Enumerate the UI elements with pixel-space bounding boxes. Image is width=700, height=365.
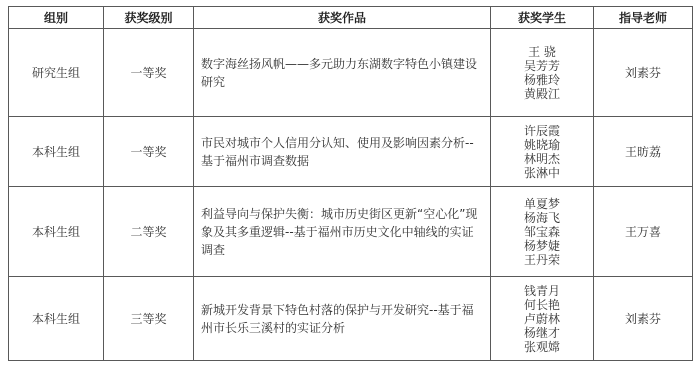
table-header: 组别 获奖级别 获奖作品 获奖学生 指导老师 — [9, 7, 693, 29]
students-cell: 单夏梦 杨海飞 邹宝森 杨梦婕 王丹荣 — [491, 187, 594, 277]
header-advisor: 指导老师 — [594, 7, 693, 29]
level-cell: 一等奖 — [104, 29, 194, 117]
header-award-work: 获奖作品 — [194, 7, 491, 29]
students-cell: 许辰霞 姚晓瑜 林明杰 张淋中 — [491, 117, 594, 187]
header-award-students: 获奖学生 — [491, 7, 594, 29]
table-row: 研究生组 一等奖 数字海丝扬风帆——多元助力东湖数字特色小镇建设研究 王 骁 吴… — [9, 29, 693, 117]
award-results-table: 组别 获奖级别 获奖作品 获奖学生 指导老师 研究生组 一等奖 数字海丝扬风帆—… — [8, 6, 693, 361]
table-body: 研究生组 一等奖 数字海丝扬风帆——多元助力东湖数字特色小镇建设研究 王 骁 吴… — [9, 29, 693, 361]
group-cell: 研究生组 — [9, 29, 104, 117]
table-row: 本科生组 二等奖 利益导向与保护失衡：城市历史街区更新“空心化”现象及其多重逻辑… — [9, 187, 693, 277]
teacher-cell: 刘素芬 — [594, 29, 693, 117]
table-row: 本科生组 一等奖 市民对城市个人信用分认知、使用及影响因素分析--基于福州市调查… — [9, 117, 693, 187]
work-cell: 市民对城市个人信用分认知、使用及影响因素分析--基于福州市调查数据 — [194, 117, 491, 187]
teacher-cell: 王万喜 — [594, 187, 693, 277]
work-cell: 新城开发背景下特色村落的保护与开发研究--基于福州市长乐三溪村的实证分析 — [194, 277, 491, 361]
group-cell: 本科生组 — [9, 117, 104, 187]
header-row: 组别 获奖级别 获奖作品 获奖学生 指导老师 — [9, 7, 693, 29]
level-cell: 一等奖 — [104, 117, 194, 187]
level-cell: 二等奖 — [104, 187, 194, 277]
header-group: 组别 — [9, 7, 104, 29]
header-award-level: 获奖级别 — [104, 7, 194, 29]
level-cell: 三等奖 — [104, 277, 194, 361]
table-row: 本科生组 三等奖 新城开发背景下特色村落的保护与开发研究--基于福州市长乐三溪村… — [9, 277, 693, 361]
work-cell: 利益导向与保护失衡：城市历史街区更新“空心化”现象及其多重逻辑--基于福州市历史… — [194, 187, 491, 277]
group-cell: 本科生组 — [9, 187, 104, 277]
work-cell: 数字海丝扬风帆——多元助力东湖数字特色小镇建设研究 — [194, 29, 491, 117]
group-cell: 本科生组 — [9, 277, 104, 361]
teacher-cell: 王昉荔 — [594, 117, 693, 187]
teacher-cell: 刘素芬 — [594, 277, 693, 361]
students-cell: 钱青月 何长艳 卢蔚林 杨继才 张观嫦 — [491, 277, 594, 361]
students-cell: 王 骁 吴芳芳 杨雅玲 黄殿江 — [491, 29, 594, 117]
